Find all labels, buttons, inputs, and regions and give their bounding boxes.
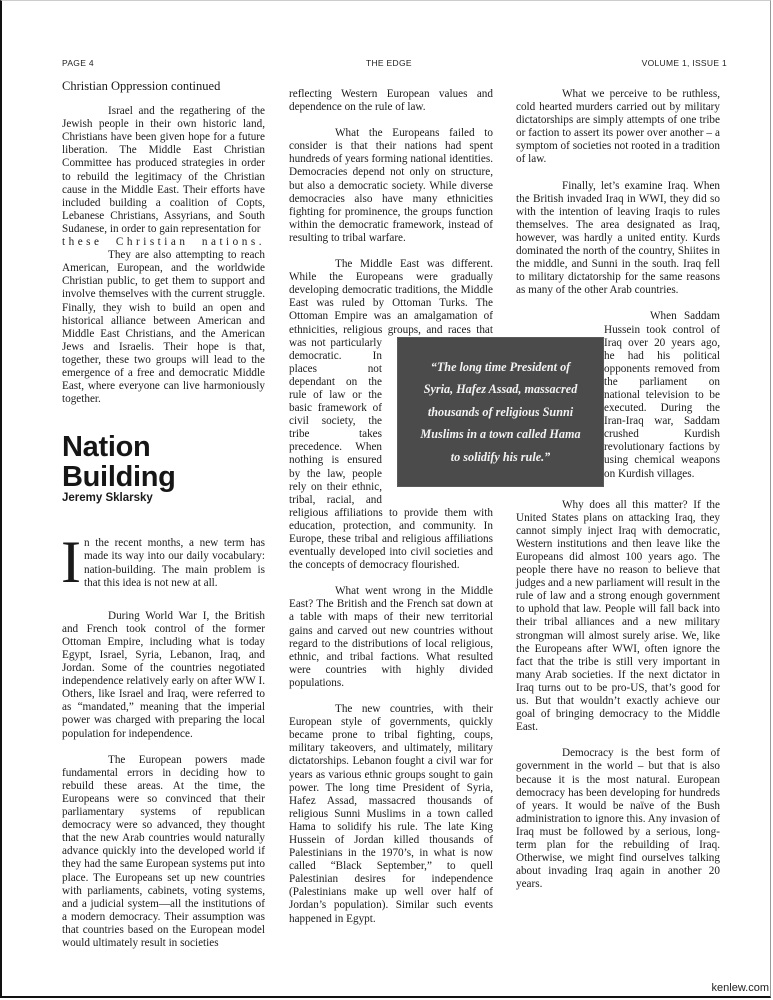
pull-quote: “The long time President of Syria, Hafez…: [397, 337, 604, 487]
paragraph: Democracy is the best form of government…: [516, 747, 720, 891]
paragraph-tail: these Christian nations.: [62, 236, 265, 249]
pull-quote-line: Syria, Hafez Assad, massacred: [424, 378, 578, 401]
page-number: PAGE 4: [62, 58, 94, 68]
paragraph: Finally, let’s examine Iraq. When the Br…: [516, 180, 720, 298]
pull-quote-line: “The long time President of: [431, 356, 570, 379]
paragraph: Israel and the regathering of the Jewish…: [62, 105, 265, 236]
paragraph: They are also attempting to reach Americ…: [62, 249, 265, 406]
issue-label: VOLUME 1, ISSUE 1: [642, 58, 727, 68]
pull-quote-line: thousands of religious Sunni: [428, 401, 573, 424]
paragraph: What we perceive to be ruthless, cold he…: [516, 88, 720, 167]
pull-quote-line: Muslims in a town called Hama: [420, 423, 580, 446]
byline: Jeremy Sklarsky: [62, 492, 265, 505]
watermark: kenlew.com: [712, 982, 769, 994]
publication-title: THE EDGE: [366, 58, 412, 68]
column-3: What we perceive to be ruthless, cold he…: [516, 88, 720, 904]
paragraph: What the Europeans failed to consider is…: [289, 127, 493, 245]
paragraph: During World War I, the British and Fren…: [62, 610, 265, 741]
intro-text: n the recent months, a new term has made…: [84, 537, 265, 588]
paragraph: reflecting Western European values and d…: [289, 88, 493, 114]
pull-quote-line: to solidify his rule.”: [451, 446, 551, 469]
continued-heading: Christian Oppression continued: [62, 80, 265, 93]
column-1: Christian Oppression continued Israel an…: [62, 80, 265, 963]
paragraph: What went wrong in the Middle East? The …: [289, 585, 493, 690]
column-2: reflecting Western European values and d…: [289, 88, 493, 939]
article-title: Nation Building: [62, 432, 265, 492]
intro-paragraph: I n the recent months, a new term has ma…: [62, 537, 265, 589]
paragraph: Why does all this matter? If the United …: [516, 499, 720, 735]
paragraph: The European powers made fundamental err…: [62, 754, 265, 950]
drop-cap: I: [61, 539, 81, 587]
paragraph: The new countries, with their European s…: [289, 703, 493, 926]
